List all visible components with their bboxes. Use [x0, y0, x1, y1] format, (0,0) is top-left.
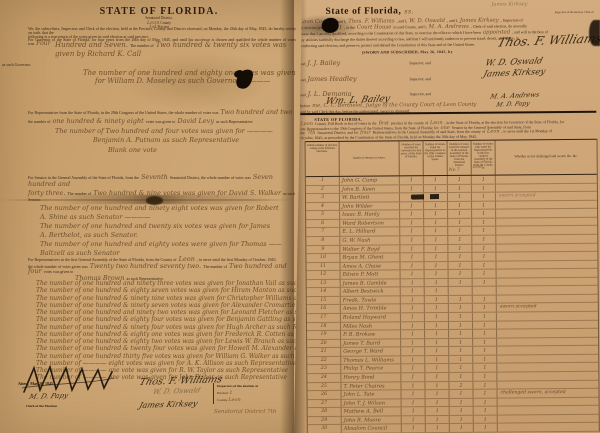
voter-row-n: 19: [307, 331, 341, 339]
scanned-document: STATE OF FLORIDA. Senatorial District, L…: [0, 0, 600, 433]
voter-row-n: 26: [307, 391, 341, 399]
congress-line-pr3: as such Representative.: [216, 119, 253, 124]
voter-row-v3: 1: [448, 176, 472, 184]
voter-row-name: G. W. Nash: [340, 236, 400, 244]
congress-line-pr1: the number of: [28, 119, 50, 124]
voter-row-v4: 1: [473, 330, 497, 338]
voter-row-v3: 1: [448, 184, 472, 192]
right-pollbook-page: State of Florida, ss. James Kirksey Insp…: [293, 0, 600, 433]
pollbook-line-hw3: Leon: [487, 129, 500, 135]
voter-row-v1: 1: [400, 228, 424, 236]
congress-line-hw1: Benjamin A. Putnam as such Representativ…: [93, 136, 239, 144]
voter-row-v4: 1: [472, 201, 496, 209]
voter-row-v1: 1: [400, 236, 424, 244]
pollbook-line-pr4: , to serve until the 1st Monday of: [502, 130, 552, 134]
voter-row-v1: 1: [401, 382, 425, 390]
representative-line: The number of one hundred and ninety two…: [36, 309, 296, 316]
voter-row-v4: 1: [472, 227, 496, 235]
voter-row-remark: [498, 397, 599, 405]
voter-row-remark: [497, 380, 598, 388]
representative-line: The number of one hundred & ninety four …: [36, 324, 296, 331]
voter-row-remark: [497, 312, 598, 320]
voter-row-n: 10: [306, 254, 340, 262]
voter-row-name: T. Peter Chaires: [341, 382, 401, 390]
inspector-line: andJames HeadleyInspector, and: [300, 73, 500, 83]
voter-row-remark: [496, 209, 597, 217]
voter-row-remark: [496, 218, 597, 226]
oath-line-pr4: , Clerk of said election, do severally: [471, 24, 527, 28]
precinct-label: Precinct: [217, 391, 228, 395]
governor-line-hw1: The number of one hundred and eighty one…: [83, 69, 296, 77]
congress-line: the number ofone hundred & ninety eightv…: [28, 118, 300, 125]
voter-row-v2: 1: [425, 330, 449, 338]
pollbook-line-pr3: precinct in the county of: [391, 121, 428, 125]
voter-row-remark: [496, 252, 597, 260]
governor-line: as such Governor.: [2, 60, 301, 69]
senator-line: The number of one hundred and ninety eig…: [40, 205, 300, 212]
voter-row-remark: challenged sworn, accepted: [497, 389, 598, 397]
voter-row-v2: 1: [425, 364, 449, 372]
congress-line-hw1: one hundred & ninety eight: [52, 117, 143, 125]
pollbook-description: LeonCounty. Poll Book or list of voters …: [300, 120, 596, 141]
voter-row-n: 2: [306, 185, 340, 193]
voter-row-v4: 1: [472, 244, 496, 252]
senator-line-hw1: A. Shine as such Senator ————: [40, 213, 150, 221]
ink-blot-core: [322, 18, 339, 33]
voter-row-remark: [496, 200, 597, 208]
voter-row-name: Amos A. Chase: [340, 262, 400, 270]
representative-line: The number of one hundred & twenty four …: [36, 345, 296, 352]
voter-row-v4: 1: [472, 261, 496, 269]
voter-row-v1: 1: [401, 279, 425, 287]
voter-row-v4: 1: [473, 355, 497, 363]
voter-row-v3: 1: [449, 270, 473, 278]
voter-row-name: Thomas L. Williams: [341, 356, 401, 364]
voter-row-v3: 1: [449, 304, 473, 312]
voter-row-n: 7: [306, 228, 340, 236]
voter-row-v1: 1: [400, 185, 424, 193]
voter-row-v1: 1: [401, 305, 425, 313]
voter-row-name: Bryan M. Ghent: [340, 253, 400, 261]
voter-row-v3: 1: [450, 407, 474, 415]
voter-row-v2: 1: [425, 381, 449, 389]
representative-line: The number of one hundred & ninety seven…: [36, 302, 296, 309]
voter-row-name: John T. J. Wilson: [342, 399, 402, 407]
voter-row-v2: 1: [425, 270, 449, 278]
voter-row-v1: 1: [400, 176, 424, 184]
voter-row-remark: [497, 320, 598, 328]
senator-line-pr2: Senatorial District, the whole number of…: [170, 175, 251, 180]
congress-results: For Representative from the State of Flo…: [28, 109, 300, 156]
ink-blot: [146, 196, 163, 205]
representative-line: The number of one hundred & eighty four …: [36, 316, 296, 323]
voter-row-v2: 1: [424, 227, 448, 235]
voter-row-v1: 1: [401, 287, 425, 295]
voter-row-remark: [497, 363, 598, 371]
congress-line-hw1: The number of Two hundred and four votes…: [55, 127, 273, 135]
senator-results: For Senator in the General Assembly of t…: [28, 174, 300, 259]
voter-row-name: P. B. Brokaw: [341, 330, 401, 338]
clerk-of-election-label: Clerk of the Election: [26, 404, 57, 408]
voter-row-remark: [497, 269, 598, 277]
inspector-signature: James Kirksey: [482, 67, 547, 80]
intro-line-hw1: Four: [36, 40, 50, 47]
voter-row-v3: 1: [448, 244, 472, 252]
voter-row-v3: 1: [449, 364, 473, 372]
voter-row-v2: 1: [424, 185, 448, 193]
voter-row-v1: 1: [402, 399, 426, 407]
voter-row-name: E. L. Hilliard: [340, 228, 400, 236]
representatives-intro-line: the whole number of votes given wasTwent…: [28, 264, 300, 275]
header-governor-votes: Number of votes received for Governor fo…: [400, 141, 424, 175]
voter-row-name: Fredk. Towle: [341, 296, 401, 304]
voter-row-v2: 1: [425, 287, 449, 295]
voter-row-v3: 1: [449, 338, 473, 346]
voter-row-remark: [496, 175, 597, 183]
inspector-line-pr2: Inspector, and: [410, 92, 431, 96]
voter-row-v3: 1: [449, 356, 473, 364]
senator-line-hw1: The number of one hundred and ninety eig…: [40, 204, 279, 212]
congress-line-hw2: David Levy: [177, 117, 214, 125]
precinct-value: 1: [229, 390, 232, 396]
inspector-line-pr2: Inspector, and: [410, 77, 431, 81]
voter-row-v4: 1: [472, 210, 496, 218]
congress-line: Blank one vote: [108, 147, 300, 154]
voter-row-n: 14: [307, 288, 341, 296]
voter-row-v1: 1: [401, 296, 425, 304]
senator-line: The number of one hundred and twenty six…: [40, 223, 300, 230]
voters-table: Whole number of electors voting at the d…: [305, 139, 600, 433]
sworn-subscribed-line: (SWORN AND SUBSCRIBED, May 26, 1845, by: [362, 50, 453, 55]
voter-row-v1: 1: [401, 356, 425, 364]
voter-row-v2: 1: [424, 210, 448, 218]
voter-row-v3: 2: [449, 381, 473, 389]
representative-line: The number of one hundred thirty five vo…: [36, 353, 296, 360]
voter-row-v1: 1: [400, 219, 424, 227]
voter-row-remark: [497, 329, 598, 337]
voter-row-name: John B. Keen: [340, 185, 400, 193]
voter-row-v1: 1: [400, 202, 424, 210]
inspector-line-pr2: Inspector, and: [409, 61, 430, 65]
voter-row-v1: 1: [400, 262, 424, 270]
voter-row-v3: 1: [449, 330, 473, 338]
voter-row-name: Miles Nash: [341, 322, 401, 330]
governor-line-hw1: Hundred and Seven.: [55, 41, 128, 49]
voter-row-remark: [497, 346, 598, 354]
voter-row-v1: 1: [400, 210, 424, 218]
header-whole-number: Whole number of electors voting at the d…: [306, 142, 340, 176]
voter-row-v4: 1: [473, 390, 497, 398]
voter-row-v1: 1: [400, 253, 424, 261]
governor-line: The number of one hundred and eighty one…: [83, 69, 301, 77]
voter-row-v3: 1: [450, 424, 474, 432]
voter-row-v1: 1: [401, 322, 425, 330]
inspector-line-pr1: and: [300, 78, 306, 82]
voter-row-name: John Wilder: [340, 202, 400, 210]
voter-row-v3: 1: [448, 261, 472, 269]
voter-row-v3: [449, 287, 473, 295]
voter-row-v1: 1: [401, 339, 425, 347]
voter-row-v2: 1: [426, 407, 450, 415]
voter-row-remark: [498, 423, 599, 431]
oath-line-pr4: , and I,: [447, 19, 458, 23]
voter-row-v2: 1: [426, 424, 450, 432]
voter-row-v3: 1: [449, 347, 473, 355]
voter-row-name: Henry Bond: [341, 373, 401, 381]
voter-row-v4: 1: [473, 347, 497, 355]
voter-row-v3: 1: [449, 296, 473, 304]
voter-row-v4: 1: [473, 270, 497, 278]
voter-row-v1: 1: [401, 365, 425, 373]
voter-row-v4: 1: [473, 338, 497, 346]
voter-row-name: John G. Camp: [340, 176, 400, 184]
voter-row-remark: [497, 286, 598, 294]
voter-row-v3: 1: [449, 279, 473, 287]
representatives-intro-line-pr3: votes was given to: [44, 269, 74, 274]
voter-row-v4: 1: [473, 381, 497, 389]
ss-mark: ss.: [404, 8, 414, 15]
governor-results: Hundred and Seven.The number ofTwo hundr…: [55, 41, 301, 85]
header-congress-votes: Number of voters voted for Representativ…: [424, 141, 448, 175]
voter-row-remark: [496, 226, 597, 234]
voter-row-n: 23: [307, 365, 341, 373]
district-number-handwritten: No 7: [449, 168, 460, 173]
voter-row-name: Amos H. Trimble: [341, 305, 401, 313]
voter-row-remark: [497, 295, 598, 303]
voter-row-v4: 1: [472, 236, 496, 244]
voter-row-v1: 1: [400, 245, 424, 253]
voter-row-name: James T. Baird: [341, 339, 401, 347]
representative-line: The number of one hundred & eighty one v…: [36, 331, 296, 338]
header-remarks: Whether or not challenged and sworn, &c.…: [496, 140, 597, 175]
county-label: County: [217, 398, 227, 402]
representative-line: The number of one hundred & eighty two v…: [36, 338, 296, 345]
voter-row-v4: 1: [473, 278, 497, 286]
voter-row-v2: 1: [424, 262, 448, 270]
header-names: Names of electors or voters.: [340, 141, 400, 175]
representatives-intro-line-hw1: Twenty two hundred seventy two.: [90, 262, 201, 270]
senator-line: A. Berthelot, as such Senator.: [40, 232, 300, 239]
pollbook-line-pr1: the: [300, 131, 305, 135]
voter-row-v3: 1: [449, 390, 473, 398]
voter-row-n: 27: [308, 399, 342, 407]
header-representative-votes: Number of voters who voted for Represent…: [472, 141, 496, 175]
voter-row-v1: 1: [402, 424, 426, 432]
voter-row-v2: 1: [424, 219, 448, 227]
clerk-signature: M. D. Papy: [28, 392, 69, 401]
voter-row-remark: [496, 235, 597, 243]
voter-row-name: Roland Hayward: [341, 313, 401, 321]
voter-row-v1: 1: [401, 270, 425, 278]
voter-row-v4: 1: [473, 295, 497, 303]
voter-row-name: Ward Robertson: [340, 219, 400, 227]
inspector-signature-1: Thos. F. Williams: [138, 374, 224, 388]
congress-line: Benjamin A. Putnam as such Representativ…: [93, 137, 300, 144]
voter-row-n: 9: [306, 245, 340, 253]
senator-line-hw1: The number of one hundred and eighty vot…: [40, 240, 282, 248]
voter-row-n: 8: [306, 237, 340, 245]
voter-row-name: Isaac B. Hanly: [340, 211, 400, 219]
voter-row-v4: 1: [474, 398, 498, 406]
voter-row-name: W. Bartlett: [340, 193, 400, 201]
clerk-signature: M. D. Papy: [495, 100, 530, 108]
voter-row-name: Edwin P. Mott: [341, 271, 401, 279]
representatives-intro-line-pr2: The number of: [203, 264, 227, 269]
senator-line-hw1: The number of one hundred and twenty six…: [40, 222, 270, 230]
voter-row-v1: 1: [402, 407, 426, 415]
voter-row-v1: 1: [401, 313, 425, 321]
congress-line: The number of Two hundred and four votes…: [55, 128, 300, 135]
voter-row-v3: 1: [449, 373, 473, 381]
county-handwritten: Leon: [473, 164, 483, 169]
voter-row-v4: 1: [473, 373, 497, 381]
inspector-line-hw1: J. J. Bailey: [307, 58, 407, 67]
voter-row-v2: 1: [425, 356, 449, 364]
voter-row-n: 25: [307, 382, 341, 390]
voter-row-v4: 1: [472, 184, 496, 192]
voters-table-rows: 1John G. Camp11112John B. Keen11113W. Ba…: [306, 175, 599, 433]
voter-row-remark: sworn accepted: [497, 303, 598, 311]
voter-row-v4: 1: [473, 364, 497, 372]
voter-row-v2: 1: [425, 313, 449, 321]
voter-row-v2: 1: [424, 202, 448, 210]
voter-row-remark: [496, 183, 597, 191]
senator-line: The number of one hundred and eighty vot…: [40, 241, 300, 248]
before-line-pr1: before: [300, 104, 310, 108]
voter-row-v3: 1: [449, 313, 473, 321]
pollbook-line-pr4: , in the State of Florida, at the electi…: [445, 120, 565, 125]
voter-row-v4: 1: [474, 407, 498, 415]
clerk-witness-signature: M. A. Andrews: [489, 91, 540, 101]
voter-row-v4: 1: [473, 304, 497, 312]
oath-line-pr5: , Inspectors of: [501, 18, 523, 22]
inspector-signature-2: W. D. Oswald: [152, 386, 201, 396]
voter-row-v3: 1: [448, 236, 472, 244]
voter-row-n: 13: [307, 280, 341, 288]
senator-line: For Senator in the General Assembly of t…: [28, 174, 300, 188]
voter-row-remark: [498, 406, 599, 414]
voter-row-n: 16: [307, 305, 341, 313]
voter-row-v4: 1: [472, 193, 496, 201]
voter-row-remark: [497, 372, 598, 380]
voter-row-n: 17: [307, 314, 341, 322]
voter-row-v3: 1: [448, 227, 472, 235]
pollbook-line-pr2: County. Poll Book or list of voters in t…: [315, 122, 377, 126]
senator-line-hw1: Seventh: [141, 173, 168, 181]
voter-row-v3: 1: [448, 201, 472, 209]
voter-row-v2: 1: [425, 373, 449, 381]
voter-row-name: John L. Tate: [341, 390, 401, 398]
voter-row-n: 12: [307, 271, 341, 279]
voter-row-n: 21: [307, 348, 341, 356]
representative-line: The number of one hundred and ninety thr…: [36, 280, 296, 287]
voter-row-v2: 1: [425, 347, 449, 355]
voter-row-name: James B. Gamble: [341, 279, 401, 287]
voter-row-v4: 1: [472, 253, 496, 261]
voter-row-v3: 1: [449, 321, 473, 329]
congress-line-pr1: For Representative from the State of Flo…: [28, 110, 218, 115]
voter-row-v1: 1: [402, 416, 426, 424]
voter-row-v1: 1: [401, 330, 425, 338]
county-value: Leon: [228, 397, 241, 403]
voter-row-n: 11: [306, 262, 340, 270]
voter-row-v2: 1: [426, 399, 450, 407]
corner-handwriting: James Kirksey: [491, 1, 527, 7]
voter-row-name: Walter F. Boyd: [340, 245, 400, 253]
voter-row-v4: 1: [474, 415, 498, 423]
governor-line-pr1: The number of: [130, 43, 154, 48]
voter-row-v2: 1: [424, 244, 448, 252]
voter-row-remark: sworn accepted: [496, 192, 597, 200]
voter-row-name: George T. Ward: [341, 348, 401, 356]
voter-row-remark: [497, 355, 598, 363]
voter-row-v4: 1: [473, 321, 497, 329]
voter-row-n: 22: [307, 357, 341, 365]
representative-line: The number of one hundred & ninety nine …: [36, 295, 296, 302]
congress-line: For Representative from the State of Flo…: [28, 109, 300, 116]
page-edge-shadow: [280, 0, 294, 433]
voter-row-v4: 1: [474, 424, 498, 432]
voter-row-v2: 1: [425, 390, 449, 398]
oath-line-pr1: conducting said election, and preserve, …: [300, 43, 475, 48]
voter-row-n: 28: [308, 408, 342, 416]
oath-line-pr3: in said County, and I,: [393, 25, 426, 29]
voter-row-n: 29: [308, 417, 342, 425]
voter-row-v2: 1: [425, 296, 449, 304]
voter-row-v2: 1: [424, 176, 448, 184]
voter-row-v3: 1: [450, 398, 474, 406]
voter-row-v2: 1: [426, 416, 450, 424]
voter-row-v2: 1: [425, 304, 449, 312]
pollbook-line-pr2: Senatorial District; and for: [318, 131, 359, 135]
voter-row-v2: 1: [424, 236, 448, 244]
voter-row-v1: 1: [401, 390, 425, 398]
voter-row-v3: 1: [448, 210, 472, 218]
voter-row-n: 3: [306, 194, 340, 202]
voter-row-n: 15: [307, 297, 341, 305]
voter-row-remark: [496, 243, 597, 251]
congress-line-pr2: votes was given to: [146, 119, 176, 124]
voter-row-n: 24: [307, 374, 341, 382]
voter-row-v3: 1: [448, 219, 472, 227]
voter-row-v2: 1: [425, 339, 449, 347]
representative-line: The number of one hundred & eighty seven…: [36, 287, 296, 294]
voter-row-name: Philip T. Pearce: [341, 365, 401, 373]
governor-line: Hundred and Seven.The number ofTwo hundr…: [55, 41, 301, 58]
voter-row-v4: 1: [473, 313, 497, 321]
corner-print: Inspectors of the election. Clerk of: [544, 11, 594, 14]
voter-row-v4: 1: [472, 218, 496, 226]
senator-line: A. Shine as such Senator ————: [40, 214, 300, 221]
inspector-signature-3: James Kirksey: [138, 399, 199, 410]
voter-row-v2: 1: [424, 253, 448, 261]
voter-row-n: 5: [306, 211, 340, 219]
voter-row-v2: 1: [425, 279, 449, 287]
ink-blot-edge: [589, 20, 600, 46]
voter-row-n: 4: [306, 202, 340, 210]
voter-row: 30Absalom Council1111: [308, 423, 599, 433]
inspector-line: andJ. J. BaileyInspector, and: [300, 58, 500, 68]
inspector-line-pr1: and: [300, 93, 306, 97]
voter-row-n: 6: [306, 220, 340, 228]
voter-row-v2: 1: [425, 322, 449, 330]
voter-row-v1: 1: [401, 373, 425, 381]
voter-row-remark: [498, 415, 599, 423]
congress-line-hw1: Blank one vote: [108, 146, 157, 154]
voter-row-name: Mathew A. Bell: [342, 408, 402, 416]
governor-line-pr1: as such Governor.: [2, 62, 31, 67]
governor-line: for William D. Moseley as such Governor …: [95, 77, 301, 85]
